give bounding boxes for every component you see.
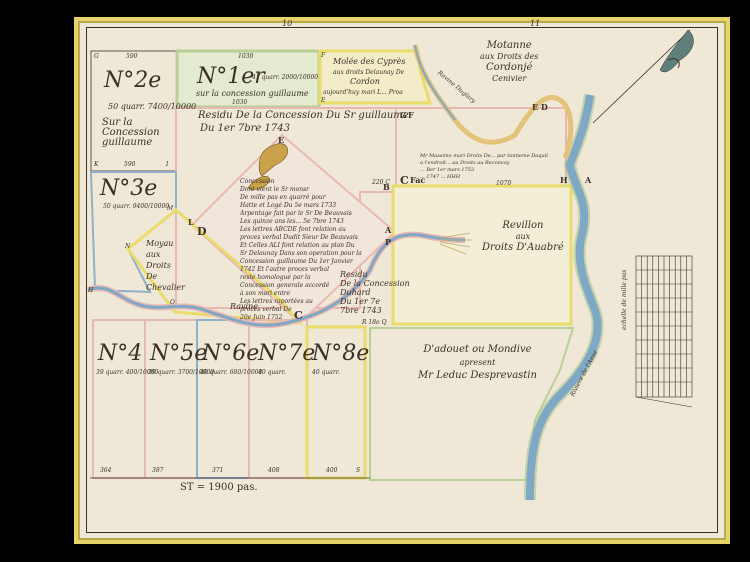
residu-line2: Du 1er 7bre 1743 — [200, 124, 290, 134]
no2-top-measure: 590 — [126, 54, 137, 60]
no1-description: sur la concession guillaume — [196, 90, 309, 98]
lot-6-bottom: 371 — [212, 468, 223, 474]
point-p: P — [385, 238, 391, 246]
motanne-text: Motanne aux Droits des Cordonjé Cenivier — [480, 40, 538, 84]
corner-n: N — [125, 244, 130, 250]
baseline-total: ST = 1900 pas. — [180, 483, 258, 493]
lot-5-label: N°5e — [150, 343, 207, 365]
corner-o: O — [170, 300, 175, 306]
no3-area: 50 quarr. 9400/10000 — [103, 204, 169, 210]
point-e: E — [278, 136, 284, 144]
fleur-de-lis-north-arrow-icon — [593, 30, 693, 123]
lot-7-area: 40 quarr. — [258, 370, 286, 376]
corner-m: M — [167, 206, 173, 212]
lot-6-label: N°6e — [202, 343, 259, 365]
corner-c-cf: C — [400, 175, 409, 186]
corner-k: K — [94, 162, 98, 168]
mole-line1: Molée des Cyprès — [333, 58, 406, 66]
corner-f: F — [321, 53, 325, 59]
lot-6-area: 40 quarr. 680/10000 — [200, 370, 262, 376]
lot-4-bottom: 364 — [100, 468, 111, 474]
right-field-text: D'adouet ou Mondive apresent Mr Leduc De… — [418, 343, 537, 382]
ravine-left-label: Ravine — [230, 303, 258, 311]
parcel-revillon-outline — [393, 186, 571, 324]
corner-gf: G — [400, 111, 407, 119]
point-l: L — [188, 218, 194, 226]
corner-g: G — [94, 54, 99, 60]
residu2-text: Residu De la Concession Duhard Du 1er 7e… — [340, 270, 410, 315]
top-right-measure-label: 11 — [530, 20, 540, 28]
corner-f-cf: F — [408, 111, 414, 119]
corner-a-cf: A — [585, 176, 591, 184]
lot-5-bottom: 387 — [152, 468, 163, 474]
mole-line4: aujourd'huy mari L... Proa — [323, 90, 403, 96]
lot-8-corner-s: S — [356, 468, 360, 474]
corner-e-mole: E — [321, 98, 325, 104]
top-measure-label: 10 — [282, 20, 292, 28]
no2-area: 50 quarr. 7400/10000 — [108, 103, 196, 111]
lot-8-area: 40 quarr. — [312, 370, 340, 376]
no3-label: N°3e — [100, 178, 157, 200]
point-a: A — [385, 226, 391, 234]
no2-label: N°2e — [104, 70, 161, 92]
mole-line3: Cordon — [350, 78, 380, 86]
cf-bottom-measure: 1070 — [496, 181, 511, 187]
corner-i: I — [166, 162, 168, 168]
lot-8-label: N°8e — [312, 343, 369, 365]
corner-r-label: R 18o Q — [362, 320, 387, 326]
lot-4-label: N°4 — [98, 343, 142, 365]
corner-fac: Fac — [410, 176, 425, 184]
lot-7-bottom: 408 — [268, 468, 279, 474]
lot-7-label: N°7e — [258, 343, 315, 365]
revillon-text: Revillon aux Droits D'Auabré — [482, 220, 564, 253]
no1-bottom-measure: 1030 — [232, 100, 247, 106]
point-d: D — [197, 226, 207, 237]
scale-grid — [636, 256, 692, 407]
scale-title: echelle de mille pas — [622, 270, 628, 330]
mole-line2: aux droits Delaunay De — [333, 70, 404, 76]
point-c: C — [294, 310, 303, 321]
point-ed: E D — [532, 103, 548, 111]
moyau-text: Moyau aux Droits De Chevalier — [146, 238, 185, 293]
no2-bottom-measure: 590 — [124, 162, 135, 168]
corner-h-cf: H — [560, 176, 568, 184]
no2-description: Sur la Concession guillaume — [102, 118, 172, 148]
residu-line1: Residu De la Concession Du Sr guillaume — [198, 111, 409, 121]
cf-left-measure: 220 C — [372, 180, 390, 186]
no1-area: 41 quarr. 2000/10000 — [252, 75, 318, 81]
cf-block-text: Mr Massimo mari Droits De... par tantiem… — [420, 153, 548, 181]
corner-h: H — [88, 288, 93, 294]
no1-top-measure: 1030 — [238, 54, 253, 60]
lot-8-bottom: 400 — [326, 468, 337, 474]
